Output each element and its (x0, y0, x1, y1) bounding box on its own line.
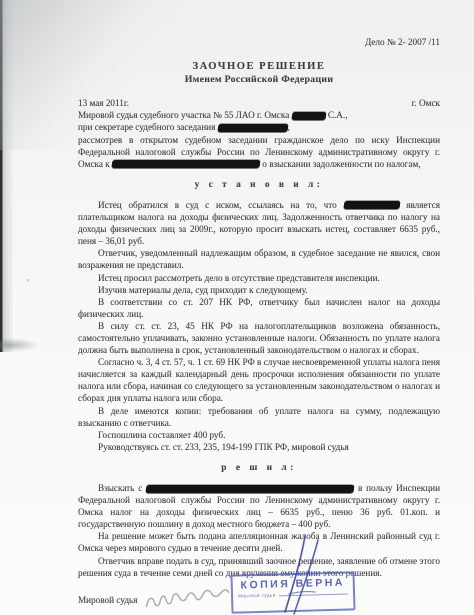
case-number: Дело № 2- 2007 /11 (78, 36, 440, 48)
stamp-signature-line (279, 593, 349, 596)
intro-section: Мировой судья судебного участка № 55 ЛАО… (78, 109, 440, 169)
paragraph: Госпошлина составляет 400 руб. (78, 429, 440, 441)
heading-established: у с т а н о в и л: (78, 179, 440, 191)
paragraph: В соответствии со ст. 207 НК РФ, ответчи… (78, 296, 440, 320)
copy-verified-stamp: КОПИЯ ВЕРНА Мировой судья (230, 571, 355, 613)
dateline: 13 мая 2011г. г. Омск (78, 97, 440, 109)
paragraph: Истец обратился в суд с иском, ссылаясь … (78, 199, 440, 247)
judge-signature-scribble (143, 582, 233, 614)
paragraph: Согласно ч. 3, 4 ст. 57, ч. 1 ст. 69 НК … (78, 356, 440, 404)
paragraph: Изучив материалы дела, суд приходит к сл… (78, 284, 440, 296)
decision-city: г. Омск (412, 97, 440, 109)
document-body: Дело № 2- 2007 /11 ЗАОЧНОЕ РЕШЕНИЕ Имене… (78, 0, 440, 606)
scan-edge-band (0, 0, 13, 352)
heading-decided: р е ш и л: (78, 462, 440, 474)
signature-label: Мировой судья (78, 594, 137, 606)
stamp-sub-row: Мировой судья (238, 590, 348, 598)
paragraph: На решение может быть подана апелляционн… (78, 530, 440, 554)
paragraph: В силу ст. ст. 23, 45 НК РФ на налогопла… (78, 320, 440, 356)
redaction-bar (343, 201, 400, 209)
paragraph: Взыскать с в пользу Инспекции Федерально… (78, 482, 440, 530)
scan-speck: × (26, 277, 30, 285)
scan-smudge (0, 338, 40, 352)
stamp-title: КОПИЯ ВЕРНА (233, 576, 353, 591)
document-title: ЗАОЧНОЕ РЕШЕНИЕ (78, 61, 440, 73)
decision-date: 13 мая 2011г. (78, 97, 129, 109)
paragraph: Ответчик, уведомленный надлежащим образо… (78, 247, 440, 271)
paragraph: Мировой судья судебного участка № 55 ЛАО… (78, 109, 440, 121)
paragraph: рассмотрев в открытом судебном заседании… (78, 134, 440, 170)
scanned-court-decision-page: × Дело № 2- 2007 /11 ЗАОЧНОЕ РЕШЕНИЕ Име… (0, 0, 474, 615)
redaction-bar (146, 485, 355, 493)
paragraph: Истец просил рассмотреть дело в отсутств… (78, 272, 440, 284)
redaction-bar (217, 124, 288, 132)
document-title-block: ЗАОЧНОЕ РЕШЕНИЕ Именем Российской Федера… (78, 61, 440, 86)
decision-section: Взыскать с в пользу Инспекции Федерально… (78, 482, 440, 579)
paragraph: В деле имеются копии: требования об упла… (78, 405, 440, 429)
redaction-bar (291, 112, 326, 120)
established-section: Истец обратился в суд с иском, ссылаясь … (78, 199, 440, 453)
paragraph: Руководствуясь ст. ст. 233, 235, 194-199… (78, 441, 440, 453)
document-subtitle: Именем Российской Федерации (78, 74, 440, 86)
stamp-subtitle: Мировой судья (238, 592, 276, 598)
paragraph: при секретаре судебного заседания , (78, 121, 440, 133)
redaction-bar (111, 160, 260, 168)
